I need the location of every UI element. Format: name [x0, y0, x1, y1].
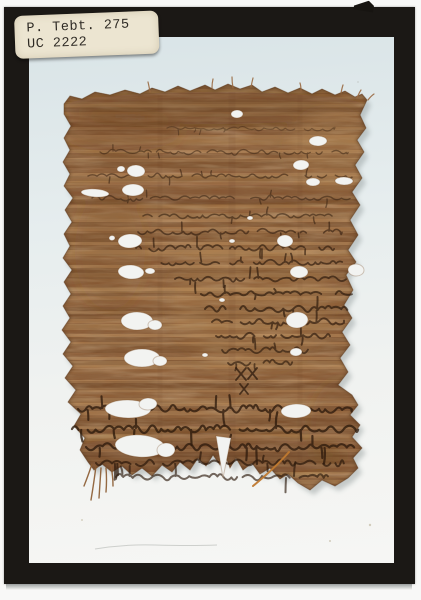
worm-hole: [229, 239, 235, 243]
worm-hole: [290, 266, 308, 278]
worm-hole: [157, 443, 176, 458]
worm-hole: [127, 165, 146, 178]
catalog-label: P. Tebt. 275 UC 2222: [14, 10, 160, 58]
worm-hole: [277, 235, 293, 248]
worm-hole: [109, 235, 115, 240]
worm-hole: [309, 136, 327, 146]
worm-hole: [153, 356, 167, 366]
worm-hole: [293, 160, 310, 171]
photo-scan: P. Tebt. 275 UC 2222: [0, 0, 421, 600]
worm-hole: [122, 184, 144, 196]
worm-hole: [117, 166, 125, 172]
papyrus-art: [0, 0, 421, 600]
worm-hole: [202, 353, 208, 357]
worm-hole: [145, 268, 155, 274]
worm-hole: [231, 110, 243, 118]
worm-hole: [290, 348, 302, 356]
worm-hole: [139, 398, 158, 411]
worm-hole: [148, 320, 162, 330]
worm-hole: [306, 178, 320, 186]
worm-hole: [247, 216, 253, 220]
worm-hole: [219, 298, 225, 302]
worm-hole: [121, 312, 153, 331]
worm-hole: [335, 177, 353, 185]
